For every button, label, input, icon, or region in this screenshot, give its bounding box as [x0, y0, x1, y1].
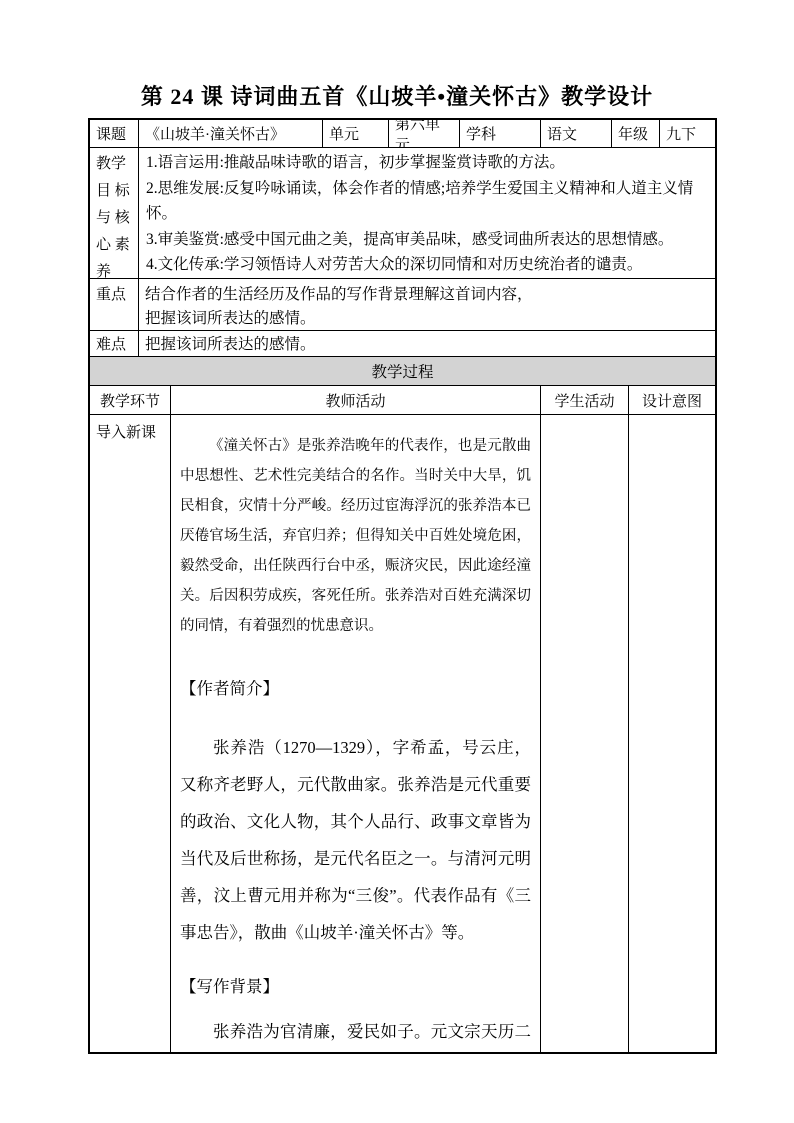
design-intent-cell [628, 415, 715, 1052]
key-points-label: 重点 [90, 279, 138, 330]
difficult-points-row: 难点 把握该词所表达的感情。 [90, 330, 715, 356]
writing-background-paragraph: 张养浩为官清廉，爱民如子。元文宗天历二年（1329 年），关中大旱。张养浩任陕西… [180, 1013, 531, 1052]
process-banner-row: 教学过程 [90, 356, 715, 385]
goals-row: 教学 目 标 与 核 心 素 养 1.语言运用:推敲品味诗歌的语言，初步掌握鉴赏… [90, 147, 715, 278]
col-header-student: 学生活动 [540, 386, 628, 414]
difficult-points-text: 把握该词所表达的感情。 [138, 331, 715, 356]
meta-keti-value: 《山坡羊·潼关怀古》 [138, 120, 322, 147]
key-points-row: 重点 结合作者的生活经历及作品的写作背景理解这首词内容， 把握该词所表达的感情。 [90, 278, 715, 330]
meta-danyuan-label: 单元 [322, 120, 388, 147]
difficult-points-label: 难点 [90, 331, 138, 356]
author-profile-paragraph: 张养浩（1270—1329），字希孟，号云庄，又称齐老野人，元代散曲家。张养浩是… [180, 729, 531, 951]
goal-item-3: 3.审美鉴赏:感受中国元曲之美，提高审美品味，感受词曲所表达的思想情感。 [146, 227, 708, 253]
writing-background-heading: 【写作背景】 [180, 973, 531, 997]
process-banner: 教学过程 [90, 357, 715, 385]
stage-cell: 导入新课 [90, 415, 170, 1052]
author-profile-heading: 【作者简介】 [180, 675, 531, 699]
process-content-row: 导入新课 《潼关怀古》是张养浩晚年的代表作，也是元散曲中思想性、艺术性完美结合的… [90, 414, 715, 1052]
key-points-text: 结合作者的生活经历及作品的写作背景理解这首词内容， 把握该词所表达的感情。 [138, 279, 715, 330]
col-header-teacher: 教师活动 [170, 386, 540, 414]
col-header-intent: 设计意图 [628, 386, 715, 414]
lesson-plan-table: 课题 《山坡羊·潼关怀古》 单元 第六单元 学科 语文 年级 九下 教学 目 标… [88, 118, 717, 1054]
page-title: 第 24 课 诗词曲五首《山坡羊•潼关怀古》教学设计 [0, 80, 794, 111]
document-page: 第 24 课 诗词曲五首《山坡羊•潼关怀古》教学设计 课题 《山坡羊·潼关怀古》… [0, 0, 794, 1123]
meta-danyuan-value: 第六单元 [388, 120, 459, 147]
goals-body: 1.语言运用:推敲品味诗歌的语言，初步掌握鉴赏诗歌的方法。 2.思维发展:反复吟… [138, 148, 715, 278]
meta-nianji-label: 年级 [611, 120, 659, 147]
goals-label: 教学 目 标 与 核 心 素 养 [90, 148, 138, 278]
goal-item-2: 2.思维发展:反复吟咏诵读，体会作者的情感;培养学生爱国主义精神和人道主义情怀。 [146, 176, 708, 227]
student-activity-cell [540, 415, 628, 1052]
goal-item-1: 1.语言运用:推敲品味诗歌的语言，初步掌握鉴赏诗歌的方法。 [146, 150, 708, 176]
meta-xueke-value: 语文 [540, 120, 611, 147]
goal-item-4: 4.文化传承:学习领悟诗人对劳苦大众的深切同情和对历史统治者的谴责。 [146, 252, 708, 278]
meta-nianji-value: 九下 [659, 120, 715, 147]
meta-keti-label: 课题 [90, 120, 138, 147]
teacher-activity-cell: 《潼关怀古》是张养浩晚年的代表作，也是元散曲中思想性、艺术性完美结合的名作。当时… [170, 415, 540, 1052]
process-header-row: 教学环节 教师活动 学生活动 设计意图 [90, 385, 715, 414]
meta-xueke-label: 学科 [459, 120, 540, 147]
meta-row: 课题 《山坡羊·潼关怀古》 单元 第六单元 学科 语文 年级 九下 [90, 120, 715, 147]
teacher-intro-paragraph: 《潼关怀古》是张养浩晚年的代表作，也是元散曲中思想性、艺术性完美结合的名作。当时… [180, 431, 531, 641]
col-header-stage: 教学环节 [90, 386, 170, 414]
